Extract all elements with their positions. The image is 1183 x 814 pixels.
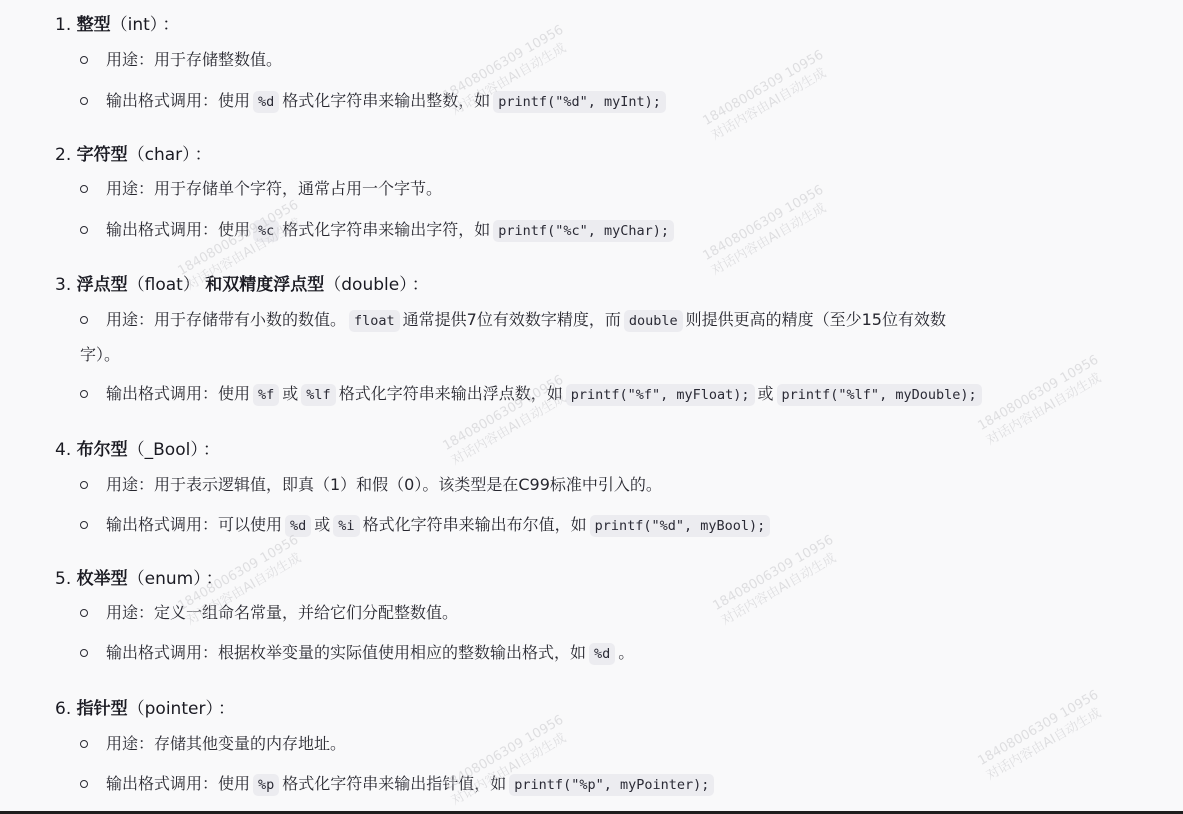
- section-heading: 6. 指针型（pointer）：: [55, 697, 235, 721]
- list-number: 5.: [55, 569, 71, 589]
- type-name: （pointer）: [128, 699, 214, 719]
- list-number: 6.: [55, 699, 71, 719]
- type-title-2: 和双精度浮点型: [205, 275, 324, 295]
- bullet-icon: [80, 226, 88, 234]
- list-number: 3.: [55, 275, 71, 295]
- inline-code: float: [349, 310, 400, 332]
- inline-code: %i: [333, 515, 359, 537]
- section-heading: 3. 浮点型（float） 和双精度浮点型（double）：: [55, 273, 429, 297]
- bullet-icon: [80, 316, 88, 324]
- inline-code-example: printf("%f", myFloat);: [566, 384, 755, 406]
- inline-code: %d: [589, 643, 615, 665]
- colon: ：: [218, 699, 235, 719]
- format-middle: 格式化字符串来输出字符，如: [282, 220, 490, 239]
- watermark: 18408006309 10956对话内容由AI自动生成: [700, 182, 835, 280]
- list-number: 4.: [55, 440, 71, 460]
- format-text: 输出格式调用：使用%d格式化字符串来输出整数，如printf("%d", myI…: [106, 89, 669, 114]
- inline-code-example: printf("%d", myInt);: [493, 91, 666, 113]
- format-prefix: 输出格式调用：使用: [106, 384, 250, 403]
- format-middle: 格式化字符串来输出整数，如: [282, 91, 490, 110]
- colon: ：: [206, 569, 223, 589]
- format-prefix: 输出格式调用：使用: [106, 220, 250, 239]
- colon: ：: [203, 440, 220, 460]
- colon: ：: [412, 275, 429, 295]
- usage-text: 用途：用于存储带有小数的数值。float通常提供7位有效数字精度，而double…: [106, 308, 946, 333]
- format-suffix: 。: [618, 643, 634, 662]
- colon: ：: [195, 145, 212, 165]
- type-title: 整型: [77, 15, 111, 35]
- inline-code: double: [624, 310, 683, 332]
- inline-code: %f: [253, 384, 279, 406]
- type-name: （_Bool）: [128, 440, 199, 460]
- usage-middle: 通常提供7位有效数字精度，而: [403, 310, 621, 329]
- type-title: 字符型: [77, 145, 128, 165]
- inline-code: %d: [253, 91, 279, 113]
- usage-text: 用途：存储其他变量的内存地址。: [106, 732, 346, 756]
- format-middle: 格式化字符串来输出浮点数，如: [339, 384, 563, 403]
- bullet-icon: [80, 740, 88, 748]
- type-title: 指针型: [77, 699, 128, 719]
- bullet-icon: [80, 97, 88, 105]
- section-heading: 4. 布尔型（_Bool）：: [55, 438, 220, 462]
- usage-prefix: 用途：用于存储带有小数的数值。: [106, 310, 346, 329]
- type-name: （float）: [128, 275, 200, 295]
- inline-code-example: printf("%c", myChar);: [493, 220, 674, 242]
- bullet-icon: [80, 780, 88, 788]
- list-number: 1.: [55, 15, 71, 35]
- inline-code: %d: [285, 515, 311, 537]
- usage-suffix: 则提供更高的精度（至少15位有效数: [686, 310, 946, 329]
- bullet-icon: [80, 481, 88, 489]
- format-middle: 格式化字符串来输出指针值，如: [282, 774, 506, 793]
- watermark: 18408006309 10956对话内容由AI自动生成: [700, 47, 835, 145]
- format-prefix: 输出格式调用：根据枚举变量的实际值使用相应的整数输出格式，如: [106, 643, 586, 662]
- usage-wrap-text: 字）。: [80, 343, 120, 367]
- type-title: 枚举型: [77, 569, 128, 589]
- format-text: 输出格式调用：使用%f或%lf格式化字符串来输出浮点数，如printf("%f"…: [106, 382, 985, 407]
- bullet-icon: [80, 649, 88, 657]
- bullet-icon: [80, 609, 88, 617]
- list-number: 2.: [55, 145, 71, 165]
- watermark: 18408006309 10956对话内容由AI自动生成: [975, 687, 1110, 785]
- type-name: （enum）: [128, 569, 202, 589]
- section-heading: 2. 字符型（char）：: [55, 143, 212, 167]
- or-text: 或: [314, 515, 330, 534]
- inline-code-example: printf("%lf", myDouble);: [777, 384, 982, 406]
- section-heading: 5. 枚举型（enum）：: [55, 567, 223, 591]
- format-text: 输出格式调用：使用%c格式化字符串来输出字符，如printf("%c", myC…: [106, 218, 677, 243]
- format-text: 输出格式调用：可以使用%d或%i格式化字符串来输出布尔值，如printf("%d…: [106, 513, 773, 538]
- usage-text: 用途：用于表示逻辑值，即真（1）和假（0）。该类型是在C99标准中引入的。: [106, 473, 662, 497]
- inline-code-example: printf("%d", myBool);: [590, 515, 771, 537]
- bullet-icon: [80, 56, 88, 64]
- format-prefix: 输出格式调用：使用: [106, 774, 250, 793]
- bullet-icon: [80, 185, 88, 193]
- bullet-icon: [80, 521, 88, 529]
- inline-code: %lf: [301, 384, 335, 406]
- inline-code: %p: [253, 774, 279, 796]
- section-heading: 1. 整型（int）：: [55, 13, 179, 37]
- usage-text: 用途：用于存储单个字符，通常占用一个字节。: [106, 177, 442, 201]
- colon: ：: [162, 15, 179, 35]
- type-title: 浮点型: [77, 275, 128, 295]
- or-text: 或: [282, 384, 298, 403]
- watermark: 18408006309 10956对话内容由AI自动生成: [710, 532, 845, 630]
- format-prefix: 输出格式调用：可以使用: [106, 515, 282, 534]
- format-text: 输出格式调用：根据枚举变量的实际值使用相应的整数输出格式，如%d。: [106, 641, 634, 666]
- format-prefix: 输出格式调用：使用: [106, 91, 250, 110]
- watermark: 18408006309 10956对话内容由AI自动生成: [975, 352, 1110, 450]
- type-name: （char）: [128, 145, 191, 165]
- type-name-2: （double）: [324, 275, 407, 295]
- inline-code: %c: [253, 220, 279, 242]
- usage-text: 用途：用于存储整数值。: [106, 48, 282, 72]
- bullet-icon: [80, 390, 88, 398]
- format-text: 输出格式调用：使用%p格式化字符串来输出指针值，如printf("%p", my…: [106, 772, 717, 797]
- type-title: 布尔型: [77, 440, 128, 460]
- type-name: （int）: [111, 15, 159, 35]
- inline-code-example: printf("%p", myPointer);: [509, 774, 714, 796]
- format-middle: 格式化字符串来输出布尔值，如: [363, 515, 587, 534]
- or-text: 或: [758, 384, 774, 403]
- usage-text: 用途：定义一组命名常量，并给它们分配整数值。: [106, 601, 458, 625]
